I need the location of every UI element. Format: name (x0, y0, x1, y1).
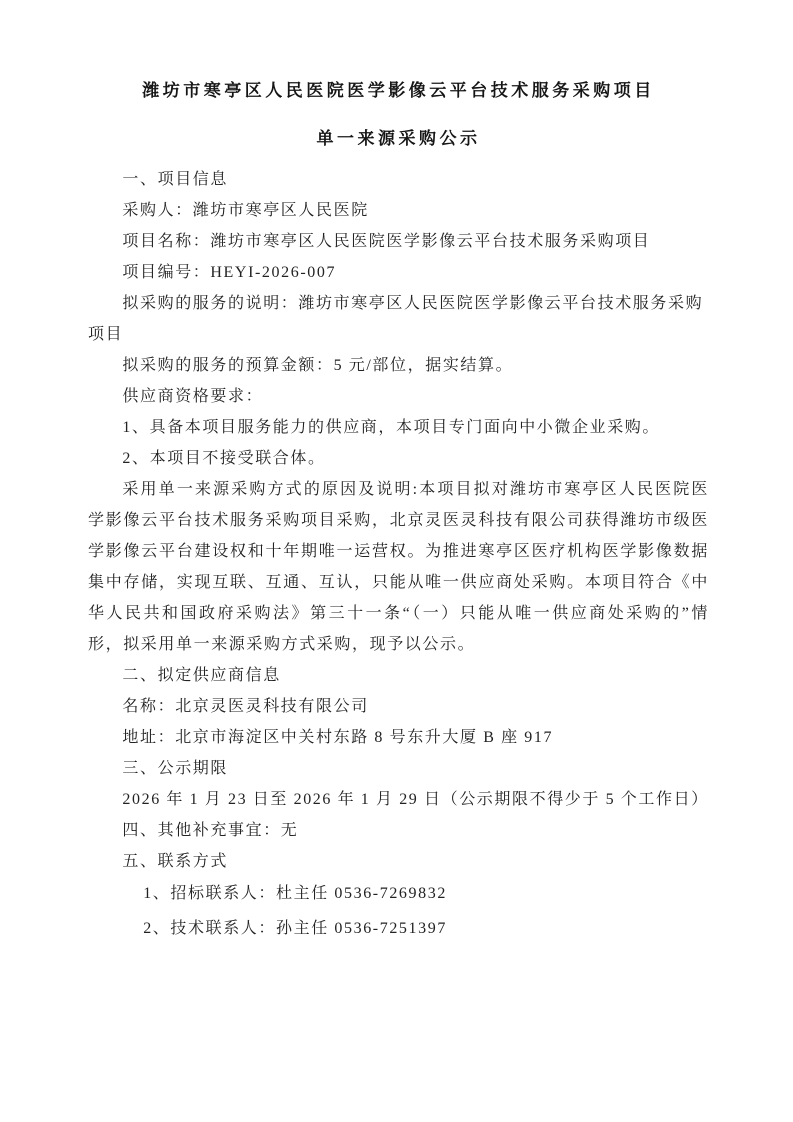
section-2-heading: 二、拟定供应商信息 (88, 660, 709, 691)
supplier-address-line: 地址：北京市海淀区中关村东路 8 号东升大厦 B 座 917 (88, 722, 709, 753)
single-source-reason-paragraph: 采用单一来源采购方式的原因及说明:本项目拟对潍坊市寒亭区人民医院医学影像云平台技… (88, 474, 709, 660)
qualification-item-2: 2、本项目不接受联合体。 (88, 443, 709, 474)
contact-technical-line: 2、技术联系人：孙主任 0536-7251397 (88, 912, 709, 947)
qualification-item-1: 1、具备本项目服务能力的供应商，本项目专门面向中小微企业采购。 (88, 412, 709, 443)
section-3-heading: 三、公示期限 (88, 753, 709, 784)
project-name-line: 项目名称：潍坊市寒亭区人民医院医学影像云平台技术服务采购项目 (88, 226, 709, 257)
section-4-heading: 四、其他补充事宜：无 (88, 815, 709, 846)
supplier-name-line: 名称：北京灵医灵科技有限公司 (88, 691, 709, 722)
publicity-period-line: 2026 年 1 月 23 日至 2026 年 1 月 29 日（公示期限不得少… (88, 784, 709, 815)
section-5-heading: 五、联系方式 (88, 846, 709, 877)
contact-bidding-line: 1、招标联系人：杜主任 0536-7269832 (88, 877, 709, 912)
document-page: 潍坊市寒亭区人民医院医学影像云平台技术服务采购项目 单一来源采购公示 一、项目信… (0, 0, 793, 1122)
budget-line: 拟采购的服务的预算金额：5 元/部位，据实结算。 (88, 350, 709, 381)
document-title: 潍坊市寒亭区人民医院医学影像云平台技术服务采购项目 (88, 80, 709, 102)
document-subtitle: 单一来源采购公示 (88, 128, 709, 150)
service-description-line: 拟采购的服务的说明：潍坊市寒亭区人民医院医学影像云平台技术服务采购项目 (88, 288, 709, 350)
section-1-heading: 一、项目信息 (88, 164, 709, 195)
supplier-qualification-heading: 供应商资格要求： (88, 381, 709, 412)
document-body: 一、项目信息采购人：潍坊市寒亭区人民医院项目名称：潍坊市寒亭区人民医院医学影像云… (88, 164, 709, 946)
project-number-line: 项目编号：HEYI-2026-007 (88, 257, 709, 288)
buyer-line: 采购人：潍坊市寒亭区人民医院 (88, 195, 709, 226)
